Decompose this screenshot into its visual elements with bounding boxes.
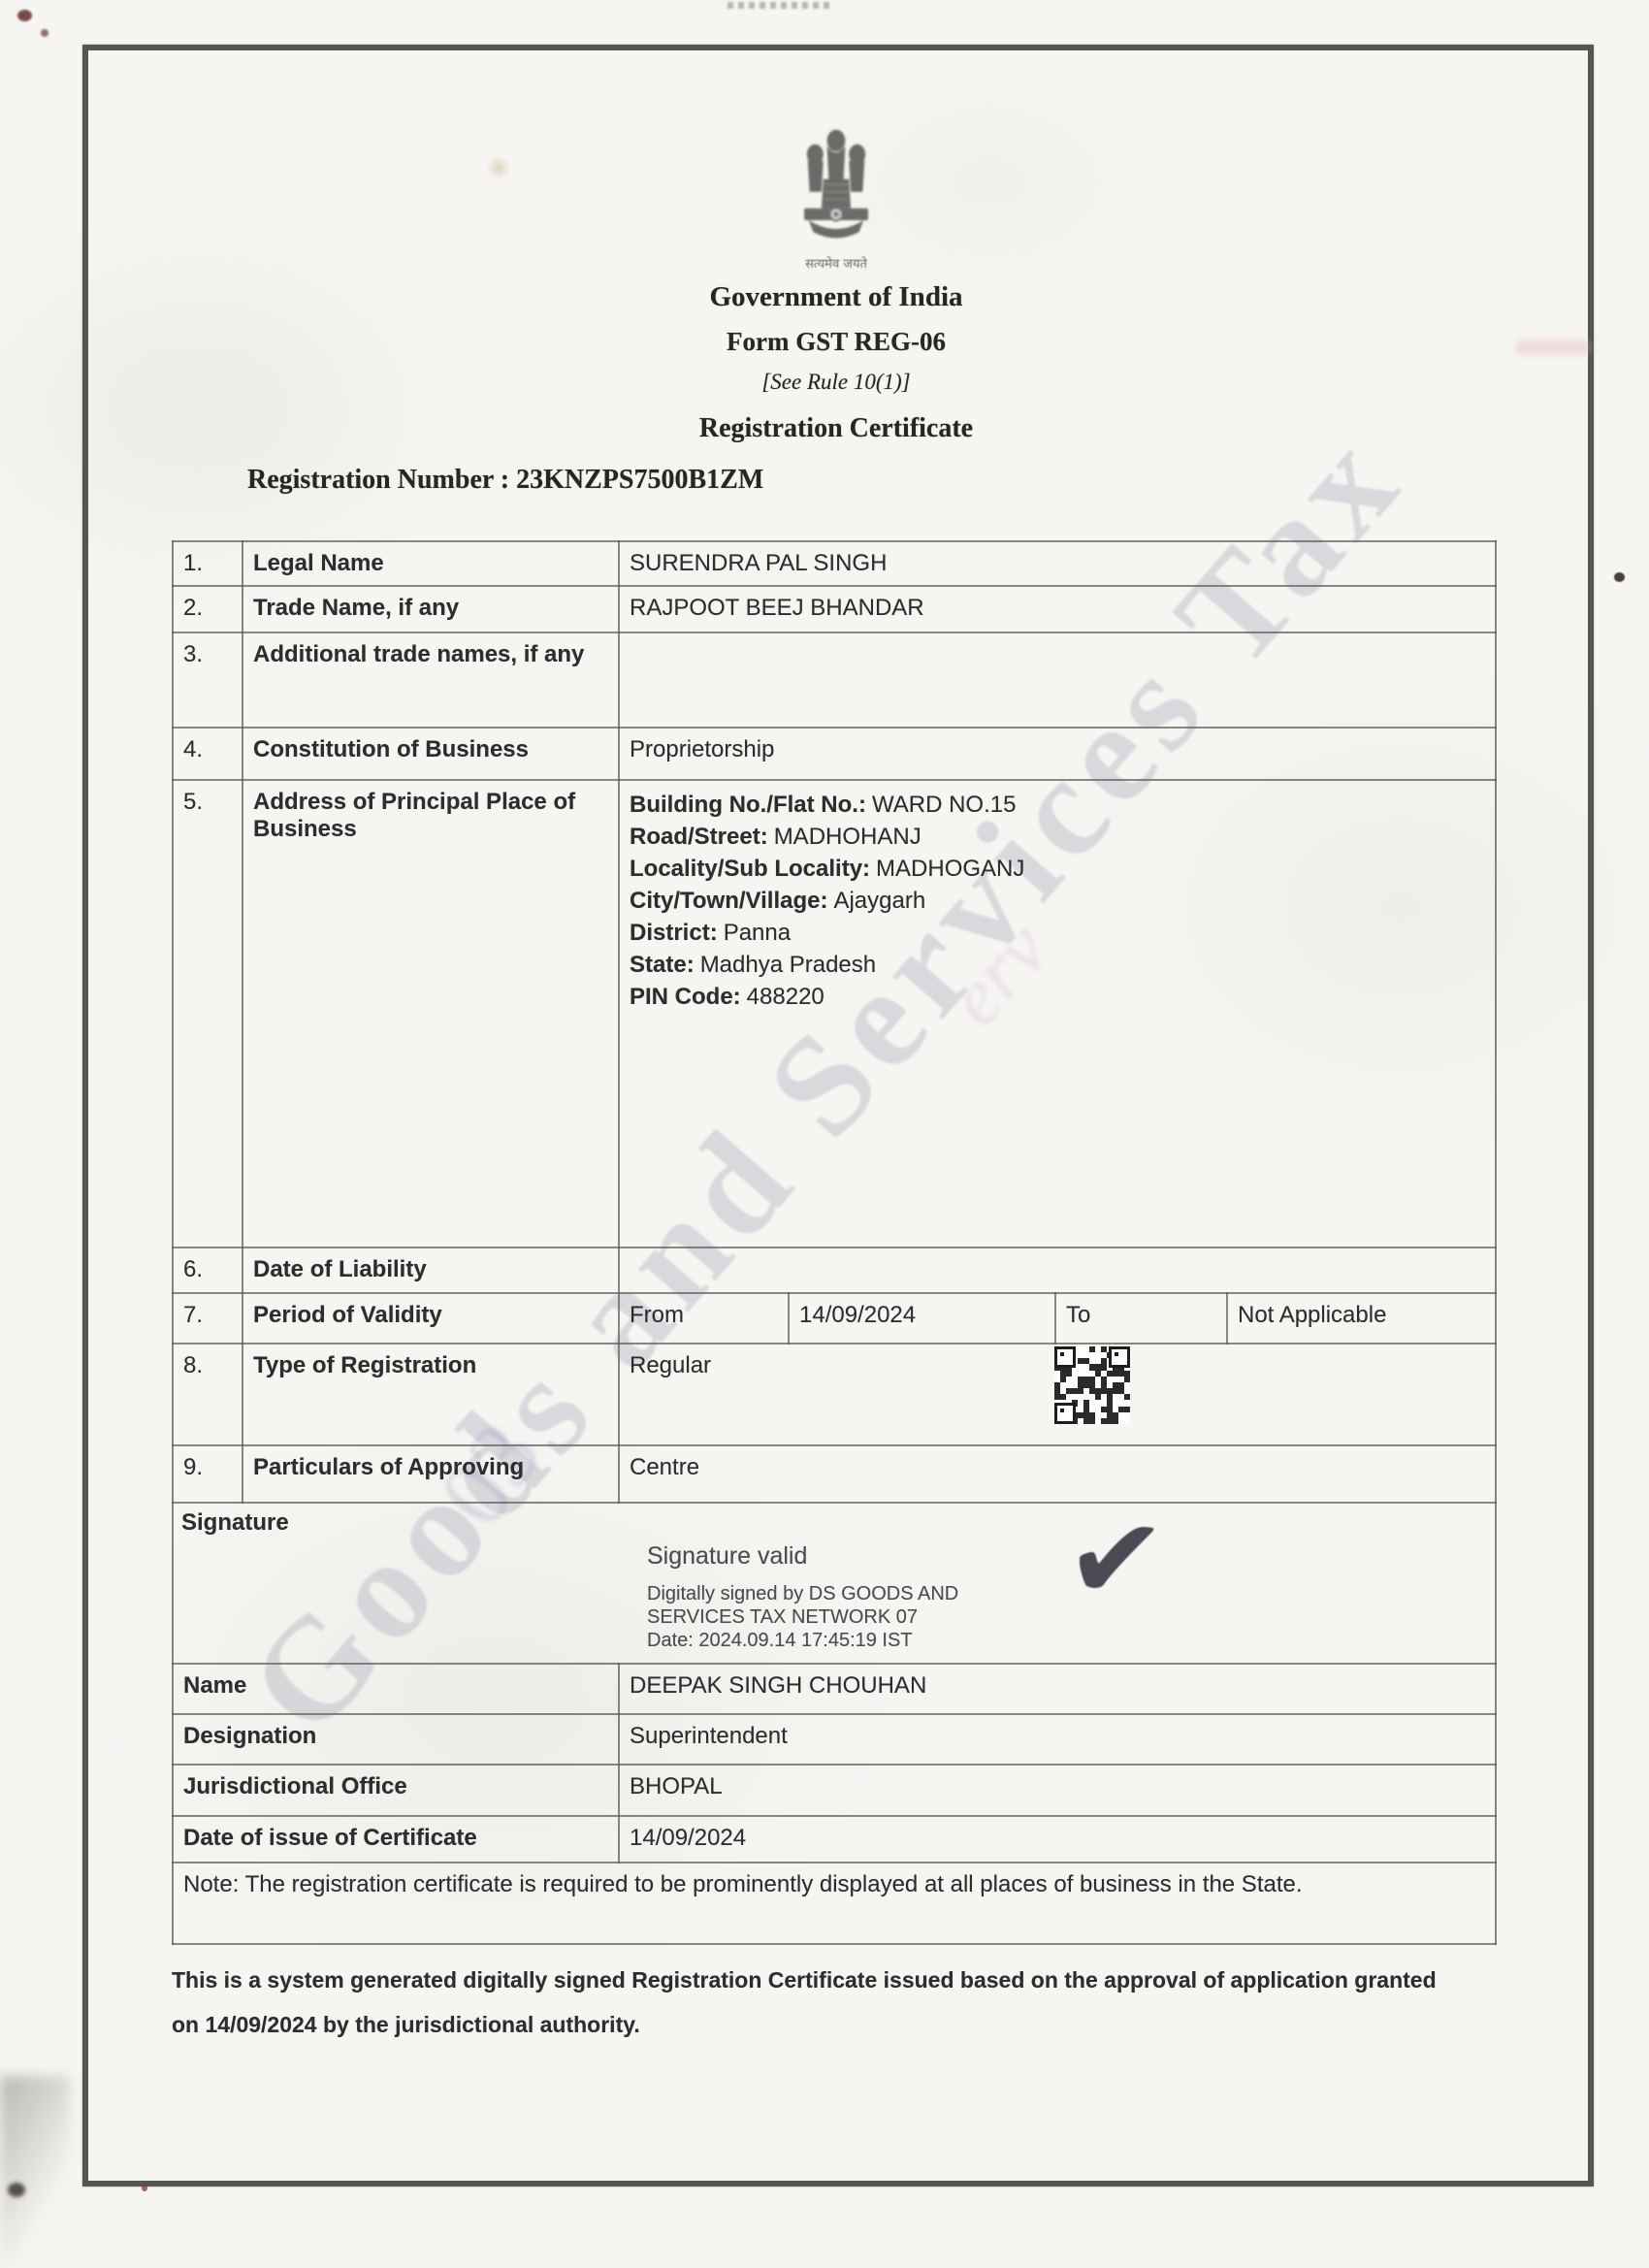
row-value: Regular (630, 1352, 711, 1378)
table-row-particulars-of-approving: 9. Particulars of Approving Centre (173, 1445, 1496, 1503)
signature-detail-line: Digitally signed by DS GOODS AND (647, 1582, 958, 1605)
table-row-type-of-registration: 8. Type of Registration Regular (173, 1344, 1496, 1445)
table-row-date-of-liability: 6. Date of Liability (173, 1247, 1496, 1293)
scan-squiggle (727, 2, 834, 9)
row-serial: 2. (173, 586, 242, 632)
officer-value: Superintendent (619, 1714, 1496, 1765)
registration-number-line: Registration Number : 23KNZPS7500B1ZM (247, 465, 763, 496)
system-generated-note: This is a system generated digitally sig… (172, 1958, 1549, 2047)
checkmark-icon: ✔ (1062, 1503, 1169, 1621)
row-value (619, 1247, 1496, 1293)
address-line: State:Madhya Pradesh (630, 949, 1485, 981)
address-line: City/Town/Village:Ajaygarh (630, 885, 1485, 917)
scan-speck (17, 10, 32, 21)
signature-detail-line: SERVICES TAX NETWORK 07 (647, 1605, 958, 1629)
row-value: RAJPOOT BEEJ BHANDAR (619, 586, 1496, 632)
row-label: Additional trade names, if any (242, 632, 619, 728)
emblem-motto-text: सत्यमेव जयते (739, 254, 933, 272)
emblem-of-india-icon (790, 124, 883, 252)
address-line: Building No./Flat No.:WARD NO.15 (630, 789, 1485, 821)
officer-label: Name (173, 1664, 619, 1714)
table-row-legal-name: 1. Legal Name SURENDRA PAL SINGH (173, 541, 1496, 586)
officer-label: Jurisdictional Office (173, 1765, 619, 1816)
row-value: Proprietorship (619, 728, 1496, 780)
row-serial: 4. (173, 728, 242, 780)
scan-corner-shadow (0, 2076, 70, 2268)
validity-to-value: Not Applicable (1227, 1293, 1496, 1344)
validity-from-label: From (619, 1293, 789, 1344)
table-row-address: 5. Address of Principal Place of Busines… (173, 780, 1496, 1247)
officer-value: DEEPAK SINGH CHOUHAN (619, 1664, 1496, 1714)
address-value-cell: Building No./Flat No.:WARD NO.15 Road/St… (619, 780, 1496, 1247)
qr-finder-icon (1054, 1403, 1076, 1424)
officer-value: BHOPAL (619, 1765, 1496, 1816)
table-row-period-of-validity: 7. Period of Validity From 14/09/2024 To… (173, 1293, 1496, 1344)
row-label: Particulars of Approving (242, 1445, 619, 1503)
address-line: Locality/Sub Locality:MADHOGANJ (630, 853, 1485, 885)
registration-number-label: Registration Number : (247, 465, 509, 495)
signature-valid-text: Signature valid (647, 1542, 958, 1571)
certificate-title: Registration Certificate (545, 413, 1127, 444)
row-serial: 9. (173, 1445, 242, 1503)
table-row-additional-trade-names: 3. Additional trade names, if any (173, 632, 1496, 728)
row-label: Type of Registration (242, 1344, 619, 1445)
qr-code (1054, 1346, 1130, 1424)
validity-from-value: 14/09/2024 (789, 1293, 1055, 1344)
note-text: Note: The registration certificate is re… (173, 1863, 1496, 1944)
row-serial: 5. (173, 780, 242, 1247)
table-row-jurisdictional-office: Jurisdictional Office BHOPAL (173, 1765, 1496, 1816)
row-serial: 1. (173, 541, 242, 586)
scan-corner-dot (8, 2183, 25, 2197)
table-row-date-of-issue: Date of issue of Certificate 14/09/2024 (173, 1816, 1496, 1863)
row-label: Period of Validity (242, 1293, 619, 1344)
table-row-note: Note: The registration certificate is re… (173, 1863, 1496, 1944)
row-value (619, 632, 1496, 728)
row-value: SURENDRA PAL SINGH (619, 541, 1496, 586)
row-label: Constitution of Business (242, 728, 619, 780)
row-label: Legal Name (242, 541, 619, 586)
officer-label: Date of issue of Certificate (173, 1816, 619, 1863)
table-row-trade-name: 2. Trade Name, if any RAJPOOT BEEJ BHAND… (173, 586, 1496, 632)
validity-to-label: To (1055, 1293, 1227, 1344)
registration-type-cell: Regular (619, 1344, 1496, 1445)
row-serial: 3. (173, 632, 242, 728)
address-line: PIN Code:488220 (630, 981, 1485, 1013)
signature-cell: Signature Signature valid Digitally sign… (173, 1503, 1496, 1664)
row-serial: 8. (173, 1344, 242, 1445)
certificate-table: 1. Legal Name SURENDRA PAL SINGH 2. Trad… (172, 540, 1497, 1945)
rule-reference: [See Rule 10(1)] (545, 370, 1127, 395)
signature-section-label: Signature (181, 1509, 289, 1537)
officer-label: Designation (173, 1714, 619, 1765)
footer-line: This is a system generated digitally sig… (172, 1958, 1549, 2002)
digital-signature-block: Signature valid Digitally signed by DS G… (647, 1542, 958, 1652)
registration-number-value: 23KNZPS7500B1ZM (516, 465, 763, 495)
signature-detail-line: Date: 2024.09.14 17:45:19 IST (647, 1629, 958, 1652)
scanned-certificate-page: Goods and Services Tax 03 erv सत्यमेव जय… (0, 0, 1649, 2268)
row-label: Trade Name, if any (242, 586, 619, 632)
row-label: Date of Liability (242, 1247, 619, 1293)
row-value: Centre (619, 1445, 1496, 1503)
address-line: District:Panna (630, 917, 1485, 949)
qr-finder-icon (1054, 1346, 1076, 1368)
footer-line: on 14/09/2024 by the jurisdictional auth… (172, 2002, 1549, 2047)
table-row-constitution: 4. Constitution of Business Proprietorsh… (173, 728, 1496, 780)
table-row-officer-designation: Designation Superintendent (173, 1714, 1496, 1765)
form-title: Form GST REG-06 (545, 327, 1127, 357)
scan-dot (1614, 572, 1625, 582)
row-serial: 6. (173, 1247, 242, 1293)
table-row-officer-name: Name DEEPAK SINGH CHOUHAN (173, 1664, 1496, 1714)
government-of-india-title: Government of India (545, 281, 1127, 313)
table-row-signature: Signature Signature valid Digitally sign… (173, 1503, 1496, 1664)
scan-speck (41, 29, 48, 37)
address-line: Road/Street:MADHOHANJ (630, 821, 1485, 853)
row-label: Address of Principal Place of Business (242, 780, 619, 1247)
officer-value: 14/09/2024 (619, 1816, 1496, 1863)
qr-finder-icon (1109, 1346, 1130, 1368)
row-serial: 7. (173, 1293, 242, 1344)
